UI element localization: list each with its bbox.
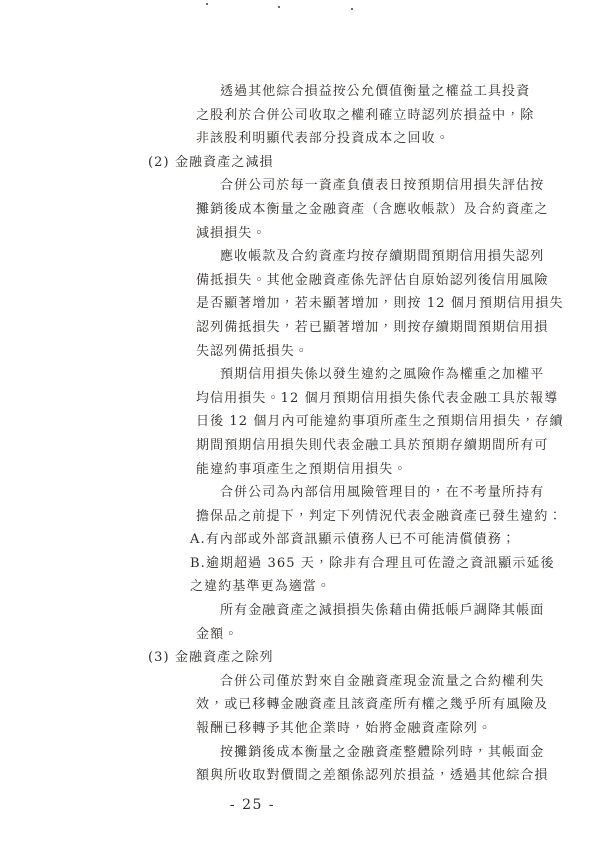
text-line: 期間預期信用損失則代表金融工具於預期存續期間所有可	[196, 434, 595, 458]
text-line: 非該股利明顯代表部分投資成本之回收。	[196, 127, 595, 151]
text-line: 減損損失。	[196, 222, 595, 246]
text-line: 效，或已移轉金融資產且該資產所有權之幾乎所有風險及	[196, 693, 595, 717]
page-text-block: 透過其他綜合損益按公允價值衡量之權益工具投資之股利於合併公司收取之權利確立時認列…	[0, 80, 595, 788]
text-line: 金額。	[196, 623, 595, 647]
text-line: 能違約事項產生之預期信用損失。	[196, 458, 595, 482]
text-line: 合併公司僅於對來自金融資產現金流量之合約權利失	[220, 670, 595, 694]
text-line: 報酬已移轉予其他企業時，始將金融資產除列。	[196, 717, 595, 741]
text-line: 透過其他綜合損益按公允價值衡量之權益工具投資	[220, 80, 595, 104]
text-line: 應收帳款及合約資產均按存續期間預期信用損失認列	[220, 245, 595, 269]
text-line: 按攤銷後成本衡量之金融資產整體除列時，其帳面金	[220, 741, 595, 765]
text-line: 額與所收取對價間之差額係認列於損益，透過其他綜合損	[196, 764, 595, 788]
document-page: 透過其他綜合損益按公允價值衡量之權益工具投資之股利於合併公司收取之權利確立時認列…	[0, 0, 595, 842]
text-line: B.逾期超過 365 天，除非有合理且可佐證之資訊顯示延後	[190, 552, 595, 576]
page-number: - 25 -	[0, 797, 550, 813]
text-line: 之股利於合併公司收取之權利確立時認列於損益中，除	[196, 104, 595, 128]
text-line: 合併公司於每一資產負債表日按預期信用損失評估按	[220, 174, 595, 198]
section-heading: (3) 金融資產之除列	[148, 646, 595, 670]
text-line: 合併公司為內部信用風險管理目的，在不考量所持有	[220, 481, 595, 505]
text-line: 備抵損失。其他金融資產係先評估自原始認列後信用風險	[196, 269, 595, 293]
text-line: A.有內部或外部資訊顯示債務人已不可能清償債務；	[190, 528, 595, 552]
text-line: 攤銷後成本衡量之金融資產（含應收帳款）及合約資產之	[196, 198, 595, 222]
scan-speckle	[278, 6, 280, 8]
scan-speckle	[206, 3, 208, 5]
text-line: 擔保品之前提下，判定下列情況代表金融資產已發生違約：	[196, 505, 595, 529]
text-line: 預期信用損失係以發生違約之風險作為權重之加權平	[220, 363, 595, 387]
scan-speckle	[351, 8, 353, 10]
text-line: 失認列備抵損失。	[196, 340, 595, 364]
text-line: 之違約基準更為適當。	[190, 575, 595, 599]
text-line: 均信用損失。12 個月預期信用損失係代表金融工具於報導	[196, 387, 595, 411]
text-line: 是否顯著增加，若未顯著增加，則按 12 個月預期信用損失	[196, 292, 595, 316]
text-line: 所有金融資產之減損損失係藉由備抵帳戶調降其帳面	[220, 599, 595, 623]
text-line: 日後 12 個月內可能違約事項所產生之預期信用損失，存續	[196, 410, 595, 434]
text-line: 認列備抵損失，若已顯著增加，則按存續期間預期信用損	[196, 316, 595, 340]
section-heading: (2) 金融資產之減損	[148, 151, 595, 175]
